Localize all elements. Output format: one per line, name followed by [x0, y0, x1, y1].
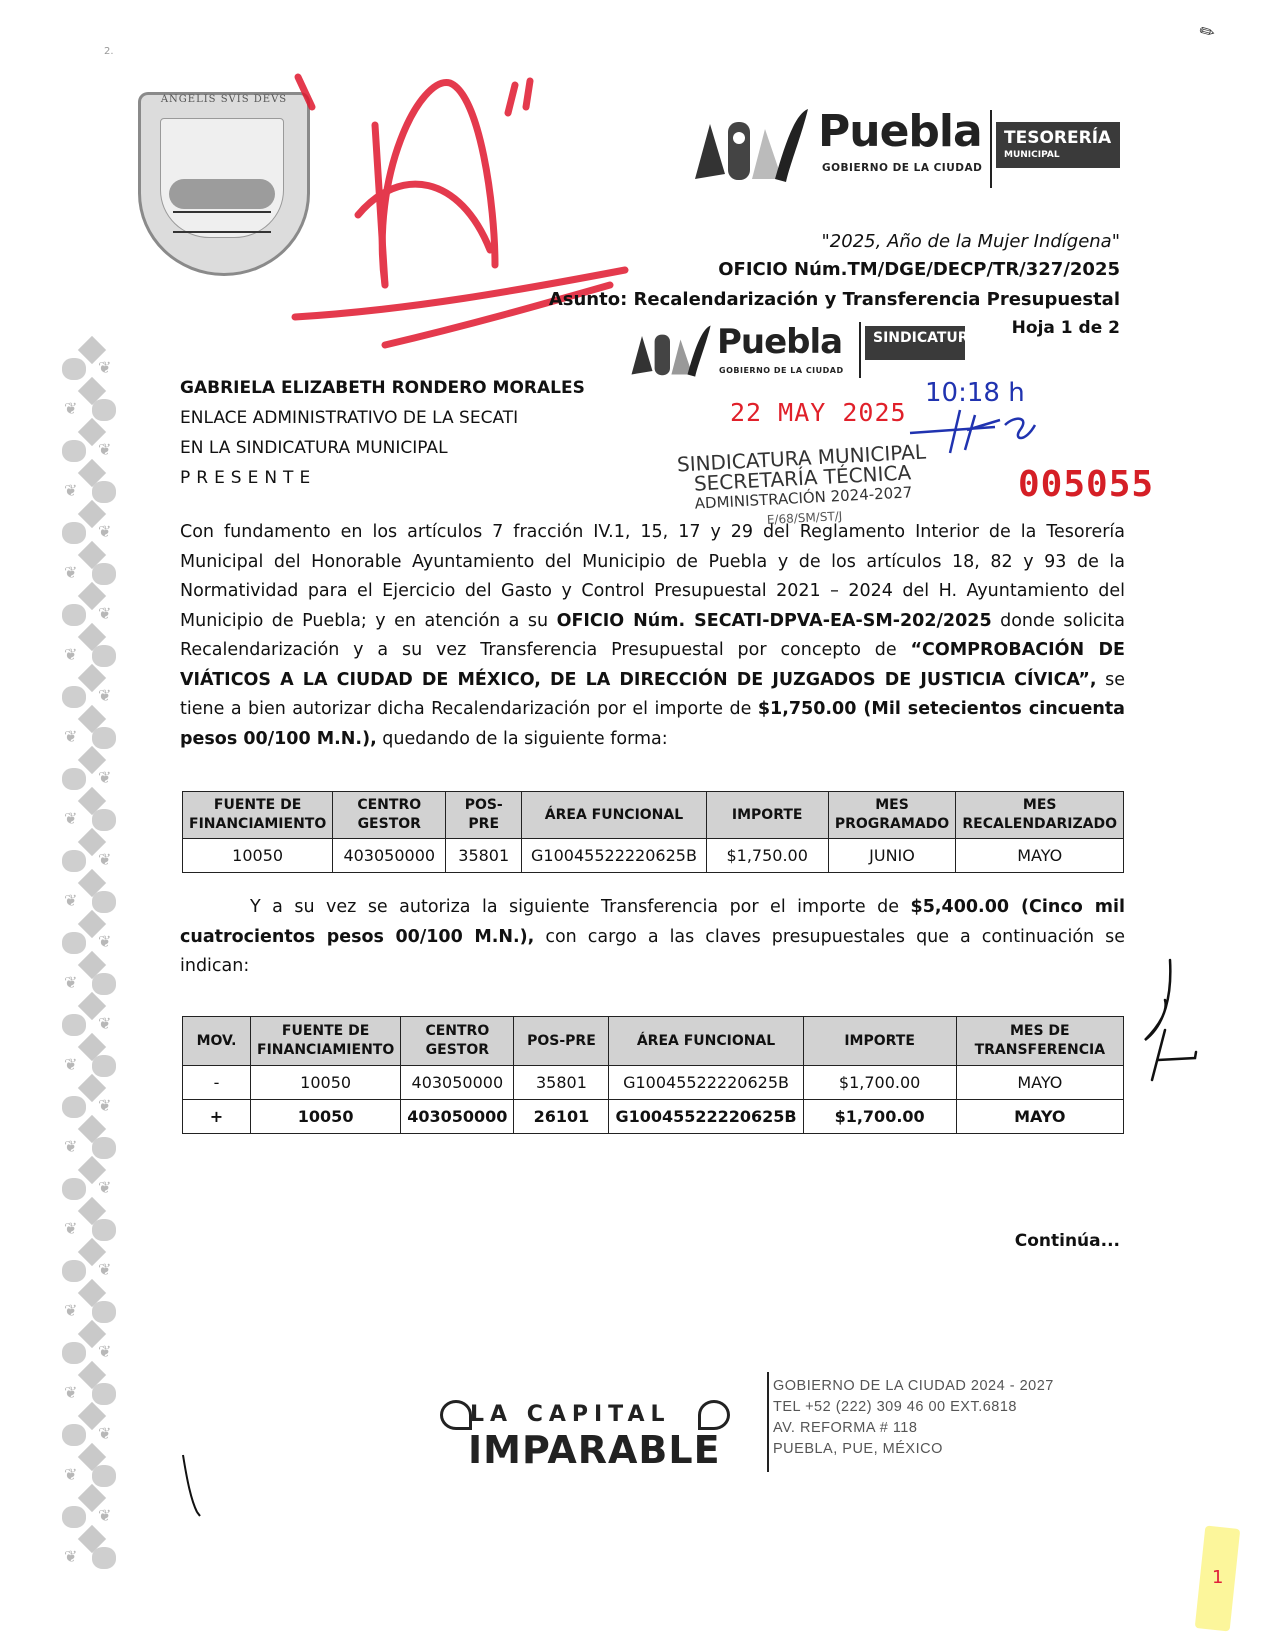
cell-fuente: 10050	[183, 839, 333, 873]
cell-pos-pre: 35801	[514, 1066, 609, 1100]
col-header: MOV.	[183, 1017, 251, 1066]
col-header: POS-PRE	[446, 792, 522, 839]
cell-importe: $1,750.00	[706, 839, 828, 873]
text-run: quedando de la siguiente forma:	[377, 729, 668, 749]
col-header: FUENTE DE FINANCIAMIENTO	[183, 792, 333, 839]
folio-number: 005055	[1018, 464, 1154, 505]
col-header: MES DE TRANSFERENCIA	[956, 1017, 1123, 1066]
scan-mark: 2.	[104, 46, 114, 57]
addressee-department: EN LA SINDICATURA MUNICIPAL	[180, 438, 448, 458]
addressee-title: ENLACE ADMINISTRATIVO DE LA SECATI	[180, 408, 518, 428]
footer-line: TEL +52 (222) 309 46 00 EXT.6818	[773, 1397, 1054, 1418]
table-header-row: MOV. FUENTE DE FINANCIAMIENTO CENTRO GES…	[183, 1017, 1124, 1066]
tesoreria-logo: Puebla GOBIERNO DE LA CIUDAD TESORERÍA M…	[690, 102, 1120, 188]
slogan-small: LA CAPITAL	[470, 1402, 671, 1427]
footer-line: GOBIERNO DE LA CIUDAD 2024 - 2027	[773, 1376, 1054, 1397]
cell-importe: $1,700.00	[803, 1100, 956, 1134]
pencil-icon: ✎	[1196, 20, 1220, 46]
sindicatura-stamp-logo: Puebla GOBIERNO DE LA CIUDAD SINDICATURA	[625, 322, 970, 382]
body-paragraph-1: Con fundamento en los artículos 7 fracci…	[180, 518, 1125, 754]
wing-icon	[440, 1400, 472, 1430]
table-header-row: FUENTE DE FINANCIAMIENTO CENTRO GESTOR P…	[183, 792, 1124, 839]
col-header: ÁREA FUNCIONAL	[609, 1017, 803, 1066]
table-row: + 10050 403050000 26101 G10045522220625B…	[183, 1100, 1124, 1134]
presente-label: PRESENTE	[180, 468, 316, 488]
received-time-handwritten: 10:18 h	[925, 378, 1025, 408]
logo-box-title: SINDICATURA	[873, 330, 1275, 346]
col-header: POS-PRE	[514, 1017, 609, 1066]
margin-note: 1	[1212, 1567, 1223, 1588]
continues-label: Continúa...	[1015, 1231, 1120, 1251]
cell-area-funcional: G10045522220625B	[522, 839, 707, 873]
footer-line: AV. REFORMA # 118	[773, 1418, 1054, 1439]
cell-mov: -	[183, 1066, 251, 1100]
logo-wordmark: Puebla	[818, 106, 982, 157]
pen-stroke-mark	[175, 1450, 215, 1520]
cell-fuente: 10050	[251, 1066, 401, 1100]
col-header: MES PROGRAMADO	[828, 792, 956, 839]
col-header: MES RECALENDARIZADO	[956, 792, 1124, 839]
cell-mes-transferencia: MAYO	[956, 1100, 1123, 1134]
recalendar-table: FUENTE DE FINANCIAMIENTO CENTRO GESTOR P…	[182, 791, 1124, 873]
puebla-emblem-icon	[625, 322, 715, 378]
oficio-number: OFICIO Núm.TM/DGE/DECP/TR/327/2025	[718, 259, 1120, 280]
table-row: - 10050 403050000 35801 G10045522220625B…	[183, 1066, 1124, 1100]
col-header: FUENTE DE FINANCIAMIENTO	[251, 1017, 401, 1066]
footer-line: PUEBLA, PUE, MÉXICO	[773, 1439, 1054, 1460]
handwritten-signature	[1140, 955, 1210, 1085]
col-header: CENTRO GESTOR	[333, 792, 446, 839]
logo-box-subtitle: MUNICIPAL	[1004, 150, 1275, 160]
table-row: 10050 403050000 35801 G10045522220625B $…	[183, 839, 1124, 873]
cell-area-funcional: G10045522220625B	[609, 1100, 803, 1134]
puebla-emblem-icon	[690, 104, 810, 184]
transfer-table: MOV. FUENTE DE FINANCIAMIENTO CENTRO GES…	[182, 1016, 1124, 1134]
referenced-oficio: OFICIO Núm. SECATI-DPVA-EA-SM-202/2025	[557, 611, 992, 631]
footer-divider	[767, 1372, 769, 1472]
logo-box-title: TESORERÍA	[1004, 128, 1275, 148]
subject-line: Asunto: Recalendarización y Transferenci…	[549, 289, 1120, 310]
seal-motto: ANGELIS SVIS DEVS	[146, 94, 302, 105]
cell-area-funcional: G10045522220625B	[609, 1066, 803, 1100]
footer-contact-info: GOBIERNO DE LA CIUDAD 2024 - 2027 TEL +5…	[773, 1376, 1054, 1460]
cell-fuente: 10050	[251, 1100, 401, 1134]
cell-centro-gestor: 403050000	[401, 1100, 514, 1134]
year-motto: "2025, Año de la Mujer Indígena"	[822, 231, 1120, 252]
received-date-stamp: 22 MAY 2025	[730, 398, 907, 427]
cell-pos-pre: 26101	[514, 1100, 609, 1134]
col-header: IMPORTE	[803, 1017, 956, 1066]
cell-mes-transferencia: MAYO	[956, 1066, 1123, 1100]
col-header: ÁREA FUNCIONAL	[522, 792, 707, 839]
slogan-big: IMPARABLE	[468, 1428, 721, 1472]
cell-importe: $1,700.00	[803, 1066, 956, 1100]
cell-mes-recalendarizado: MAYO	[956, 839, 1124, 873]
col-header: IMPORTE	[706, 792, 828, 839]
logo-subtitle: GOBIERNO DE LA CIUDAD	[822, 162, 982, 174]
col-header: CENTRO GESTOR	[401, 1017, 514, 1066]
logo-wordmark: Puebla	[717, 322, 842, 362]
decorative-border: ❦❦❦❦❦❦❦❦❦❦❦❦❦❦❦❦❦❦❦❦❦❦❦❦❦❦❦❦❦❦	[62, 340, 122, 1570]
body-paragraph-2: Y a su vez se autoriza la siguiente Tran…	[180, 893, 1125, 982]
cell-centro-gestor: 403050000	[401, 1066, 514, 1100]
addressee-name: GABRIELA ELIZABETH RONDERO MORALES	[180, 378, 585, 398]
city-seal: ANGELIS SVIS DEVS	[138, 92, 310, 276]
cell-centro-gestor: 403050000	[333, 839, 446, 873]
logo-subtitle: GOBIERNO DE LA CIUDAD	[719, 366, 844, 375]
wing-icon	[698, 1400, 730, 1430]
la-capital-imparable-logo: LA CAPITAL IMPARABLE	[440, 1400, 730, 1480]
cell-pos-pre: 35801	[446, 839, 522, 873]
cell-mov: +	[183, 1100, 251, 1134]
cell-mes-programado: JUNIO	[828, 839, 956, 873]
text-run: Y a su vez se autoriza la siguiente Tran…	[250, 897, 911, 917]
